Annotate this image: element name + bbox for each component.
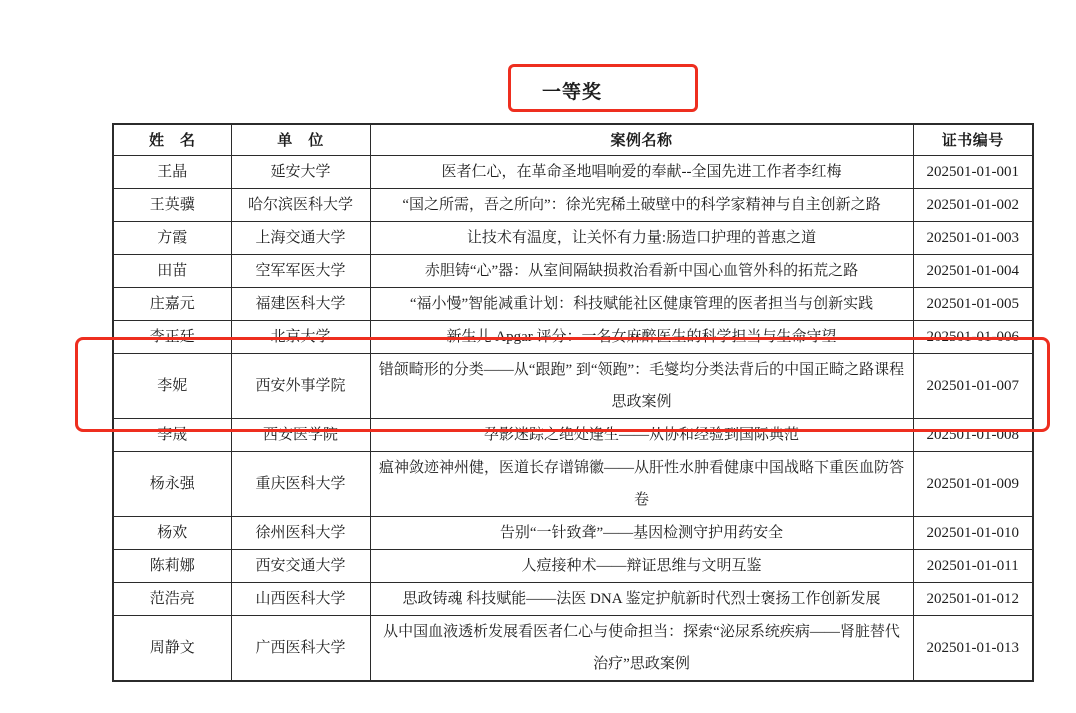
case-cell: 思政铸魂 科技赋能——法医 DNA 鉴定护航新时代烈士褒扬工作创新发展: [370, 582, 913, 615]
cert-cell: 202501-01-006: [913, 320, 1033, 353]
page-title: 一等奖: [542, 77, 602, 104]
case-cell: 错颌畸形的分类——从“跟跑” 到“领跑”：毛燮均分类法背后的中国正畸之路课程思政…: [370, 353, 913, 418]
document-page: 一等奖 姓 名 单 位 案例名称 证书编号 王晶 延安大学 医者仁心，在革命圣地…: [0, 0, 1076, 713]
table-row: 杨欢 徐州医科大学 告别“一针致聋”——基因检测守护用药安全 202501-01…: [113, 516, 1033, 549]
table-row: 王晶 延安大学 医者仁心，在革命圣地唱响爱的奉献--全国先进工作者李红梅 202…: [113, 155, 1033, 188]
name-cell: 王晶: [113, 155, 231, 188]
cert-cell: 202501-01-012: [913, 582, 1033, 615]
case-cell: 让技术有温度，让关怀有力量:肠造口护理的普惠之道: [370, 221, 913, 254]
table-row: 李正廷 北京大学 新生儿 Apgar 评分：一名女麻醉医生的科学担当与生命守望 …: [113, 320, 1033, 353]
awards-table-header: 姓 名 单 位 案例名称 证书编号: [113, 124, 1033, 155]
table-row: 李妮 西安外事学院 错颌畸形的分类——从“跟跑” 到“领跑”：毛燮均分类法背后的…: [113, 353, 1033, 418]
name-cell: 李妮: [113, 353, 231, 418]
header-name: 姓 名: [113, 124, 231, 155]
cert-cell: 202501-01-010: [913, 516, 1033, 549]
name-cell: 王英骥: [113, 188, 231, 221]
name-cell: 杨欢: [113, 516, 231, 549]
title-highlight-box: 一等奖: [508, 64, 698, 112]
unit-cell: 西安交通大学: [231, 549, 370, 582]
name-cell: 范浩亮: [113, 582, 231, 615]
name-cell: 方霞: [113, 221, 231, 254]
header-case: 案例名称: [370, 124, 913, 155]
name-cell: 杨永强: [113, 451, 231, 516]
unit-cell: 福建医科大学: [231, 287, 370, 320]
header-unit: 单 位: [231, 124, 370, 155]
unit-cell: 延安大学: [231, 155, 370, 188]
unit-cell: 徐州医科大学: [231, 516, 370, 549]
table-row: 李晟 西安医学院 孕影迷踪之绝处逢生——从协和经验到国际典范 202501-01…: [113, 418, 1033, 451]
case-cell: 告别“一针致聋”——基因检测守护用药安全: [370, 516, 913, 549]
name-cell: 李正廷: [113, 320, 231, 353]
cert-cell: 202501-01-008: [913, 418, 1033, 451]
case-cell: 赤胆铸“心”器：从室间隔缺损救治看新中国心血管外科的拓荒之路: [370, 254, 913, 287]
unit-cell: 哈尔滨医科大学: [231, 188, 370, 221]
cert-cell: 202501-01-005: [913, 287, 1033, 320]
cert-cell: 202501-01-001: [913, 155, 1033, 188]
unit-cell: 重庆医科大学: [231, 451, 370, 516]
unit-cell: 上海交通大学: [231, 221, 370, 254]
cert-cell: 202501-01-002: [913, 188, 1033, 221]
cert-cell: 202501-01-007: [913, 353, 1033, 418]
unit-cell: 空军军医大学: [231, 254, 370, 287]
awards-table-body: 王晶 延安大学 医者仁心，在革命圣地唱响爱的奉献--全国先进工作者李红梅 202…: [113, 155, 1033, 681]
table-row: 范浩亮 山西医科大学 思政铸魂 科技赋能——法医 DNA 鉴定护航新时代烈士褒扬…: [113, 582, 1033, 615]
table-row: 田苗 空军军医大学 赤胆铸“心”器：从室间隔缺损救治看新中国心血管外科的拓荒之路…: [113, 254, 1033, 287]
unit-cell: 广西医科大学: [231, 615, 370, 681]
table-row: 方霞 上海交通大学 让技术有温度，让关怀有力量:肠造口护理的普惠之道 20250…: [113, 221, 1033, 254]
cert-cell: 202501-01-003: [913, 221, 1033, 254]
name-cell: 庄嘉元: [113, 287, 231, 320]
header-cert: 证书编号: [913, 124, 1033, 155]
name-cell: 周静文: [113, 615, 231, 681]
case-cell: 人痘接种术——辩证思维与文明互鉴: [370, 549, 913, 582]
name-cell: 李晟: [113, 418, 231, 451]
header-row: 姓 名 单 位 案例名称 证书编号: [113, 124, 1033, 155]
case-cell: “福小慢”智能减重计划：科技赋能社区健康管理的医者担当与创新实践: [370, 287, 913, 320]
table-row: 杨永强 重庆医科大学 瘟神敛迹神州健，医道长存谱锦徽——从肝性水肿看健康中国战略…: [113, 451, 1033, 516]
table-row: 庄嘉元 福建医科大学 “福小慢”智能减重计划：科技赋能社区健康管理的医者担当与创…: [113, 287, 1033, 320]
unit-cell: 山西医科大学: [231, 582, 370, 615]
cert-cell: 202501-01-011: [913, 549, 1033, 582]
unit-cell: 西安医学院: [231, 418, 370, 451]
cert-cell: 202501-01-009: [913, 451, 1033, 516]
table-row: 周静文 广西医科大学 从中国血液透析发展看医者仁心与使命担当：探索“泌尿系统疾病…: [113, 615, 1033, 681]
table-row: 王英骥 哈尔滨医科大学 “国之所需，吾之所向”：徐光宪稀土破壁中的科学家精神与自…: [113, 188, 1033, 221]
cert-cell: 202501-01-004: [913, 254, 1033, 287]
unit-cell: 北京大学: [231, 320, 370, 353]
case-cell: 新生儿 Apgar 评分：一名女麻醉医生的科学担当与生命守望: [370, 320, 913, 353]
unit-cell: 西安外事学院: [231, 353, 370, 418]
name-cell: 田苗: [113, 254, 231, 287]
awards-table: 姓 名 单 位 案例名称 证书编号 王晶 延安大学 医者仁心，在革命圣地唱响爱的…: [112, 123, 1034, 682]
case-cell: 孕影迷踪之绝处逢生——从协和经验到国际典范: [370, 418, 913, 451]
table-row: 陈莉娜 西安交通大学 人痘接种术——辩证思维与文明互鉴 202501-01-01…: [113, 549, 1033, 582]
case-cell: 医者仁心，在革命圣地唱响爱的奉献--全国先进工作者李红梅: [370, 155, 913, 188]
name-cell: 陈莉娜: [113, 549, 231, 582]
case-cell: 瘟神敛迹神州健，医道长存谱锦徽——从肝性水肿看健康中国战略下重医血防答卷: [370, 451, 913, 516]
case-cell: “国之所需，吾之所向”：徐光宪稀土破壁中的科学家精神与自主创新之路: [370, 188, 913, 221]
cert-cell: 202501-01-013: [913, 615, 1033, 681]
case-cell: 从中国血液透析发展看医者仁心与使命担当：探索“泌尿系统疾病——肾脏替代治疗”思政…: [370, 615, 913, 681]
